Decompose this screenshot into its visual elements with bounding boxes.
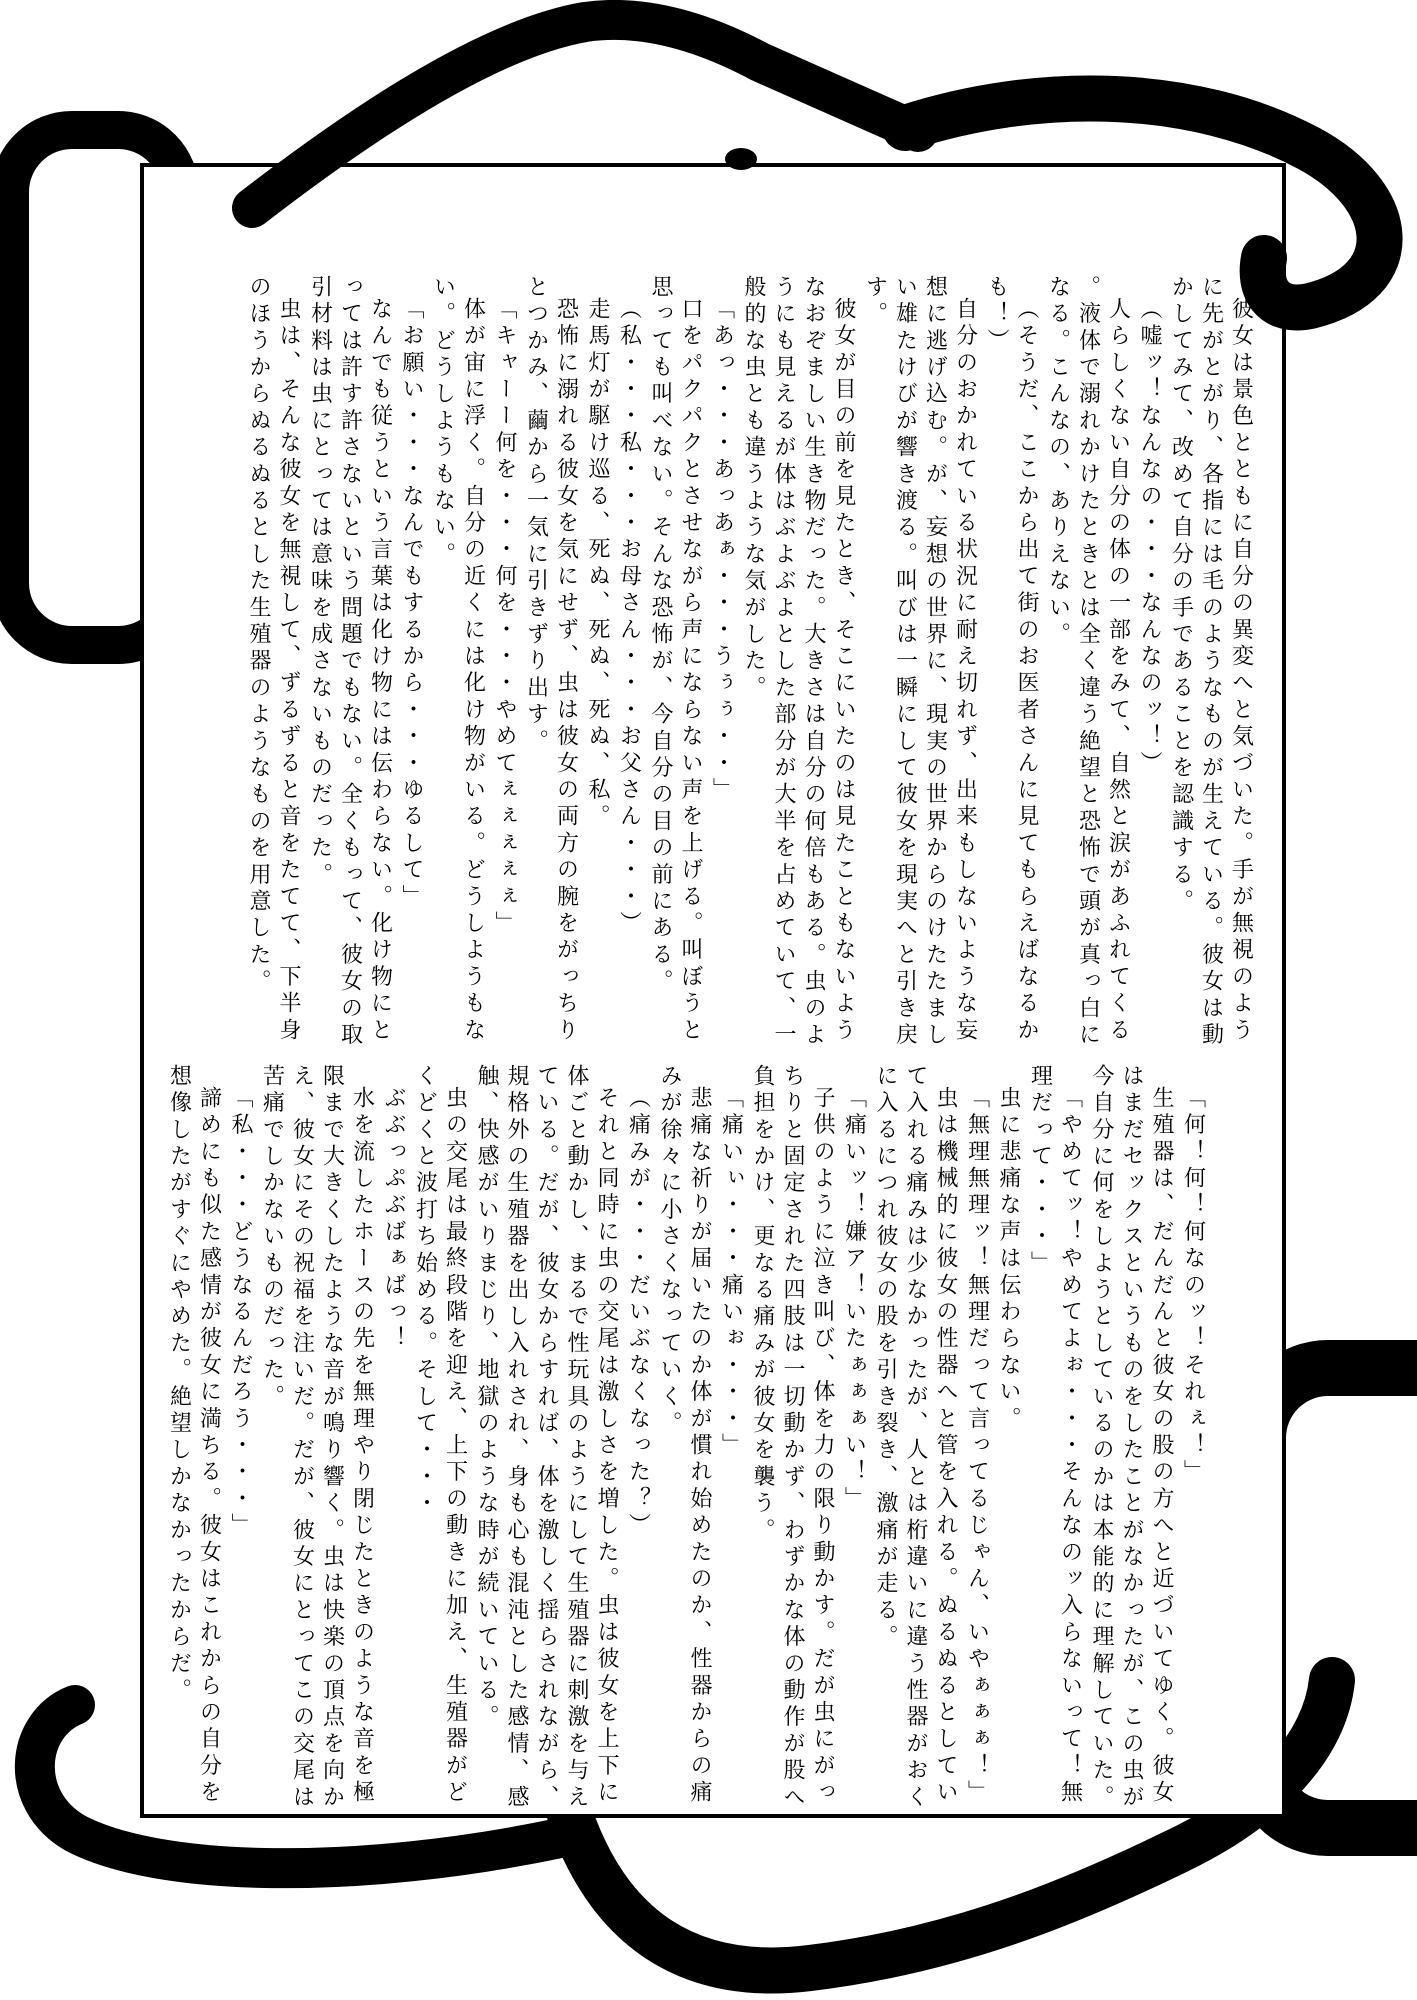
story-paragraph: 「痛いぃ・・・痛いぉ・・・」 xyxy=(717,1064,747,1814)
story-paragraph: 「無理無理ッ！無理だって言ってるじゃん、いやぁぁぁ！」 xyxy=(963,1064,993,1814)
story-paragraph: （そうだ、ここから出て街のお医者さんに見てもらえばなるかも！） xyxy=(982,275,1042,1053)
story-paragraph: 自分のおかれている状況に耐え切れず、出来もしないような妄想に逃げ込む。が、妄想の… xyxy=(861,275,981,1053)
story-paragraph: 虫は、そんな彼女を無視して、ずるずると音をたてて、下半身のほうからぬるぬるとした… xyxy=(244,275,304,1053)
story-paragraph: 虫は機械的に彼女の性器へと管を入れる。ぬるぬるとしていて入れる痛みは少なかったが… xyxy=(871,1064,961,1814)
story-paragraph: 「やめてッ！やめてよぉ・・・そんなのッ入らないって！無理だって・・・」 xyxy=(1026,1064,1086,1814)
story-paragraph: 虫に悲痛な声は伝わらない。 xyxy=(994,1064,1024,1814)
story-paragraph: それと同時に虫の交尾は激しさを増した。虫は彼女を上下に体ごと動かし、まるで性玩具… xyxy=(472,1064,622,1814)
story-paragraph: ぶぶっぷぶばぁばっ！ xyxy=(379,1064,409,1814)
story-paper: 彼女は景色とともに自分の異変へと気づいた。手が無視のように先がとがり、各指には毛… xyxy=(140,163,1286,1818)
story-paragraph: 「私・・・どうなるんだろう・・・」 xyxy=(226,1064,256,1814)
story-paragraph: （嘘ッ！なんなの・・・なんなのッ！） xyxy=(1135,275,1165,1053)
story-text-lower: 「何！何！何なのッ！それぇ！」生殖器は、だんだんと彼女の股の方へと近づいてゆく。… xyxy=(150,1064,1210,1814)
story-paragraph: 体が宙に浮く。自分の近くには化け物がいる。どうしようもない。どうしようもない。 xyxy=(429,275,489,1053)
story-paragraph: 恐怖に溺れる彼女を気にせず、虫は彼女の両方の腕をがっちりとつかみ、繭から一気に引… xyxy=(522,275,582,1053)
story-paragraph: 「キャーー何を・・・何を・・・やめてぇぇぇぇぇ」 xyxy=(490,275,520,1053)
story-paragraph: 水を流したホースの先を無理やり閉じたときのような音を極限まで大きくしたような音が… xyxy=(258,1064,378,1814)
story-paragraph: 諦めにも似た感情が彼女に満ちる。彼女はこれからの自分を想像したがすぐにやめた。絶… xyxy=(165,1064,225,1814)
story-text-upper: 彼女は景色とともに自分の異変へと気づいた。手が無視のように先がとがり、各指には毛… xyxy=(166,275,1258,1053)
story-paragraph: 子供のように泣き叫び、体を力の限り動かす。だが虫にがっちりと固定された四肢は一切… xyxy=(748,1064,838,1814)
story-paragraph: （痛みが・・・だいぶなくなった？） xyxy=(624,1064,654,1814)
story-paragraph: 「何！何！何なのッ！それぇ！」 xyxy=(1179,1064,1209,1814)
story-paragraph: 「痛いッ！嫌ア！いたぁぁぁい！」 xyxy=(840,1064,870,1814)
story-paragraph: 「お願い・・・なんでもするから・・・ゆるして」 xyxy=(397,275,427,1053)
story-paragraph: 生殖器は、だんだんと彼女の股の方へと近づいてゆく。彼女はまだセックスというものを… xyxy=(1087,1064,1177,1814)
story-paragraph: 彼女は景色とともに自分の異変へと気づいた。手が無視のように先がとがり、各指には毛… xyxy=(1167,275,1257,1053)
story-paragraph: 口をパクパクとさせながら声にならない声を上げる。叫ぼうと思っても叫べない。そんな… xyxy=(646,275,706,1053)
story-paragraph: 「あっ・・・あっあぁ・・・うぅぅ・・」 xyxy=(708,275,738,1053)
story-paragraph: 人らしくない自分の体の一部をみて、自然と涙があふれてくる。液体で溺れかけたときと… xyxy=(1044,275,1134,1053)
story-paragraph: 走馬灯が駆け巡る、死ぬ、死ぬ、死ぬ、私。 xyxy=(583,275,613,1053)
story-paragraph: 虫の交尾は最終段階を迎え、上下の動きに加え、生殖器がどくどくと波打ち始める。そし… xyxy=(411,1064,471,1814)
story-paragraph: 彼女が目の前を見たとき、そこにいたのは見たこともないようなおぞましい生き物だった… xyxy=(739,275,859,1053)
manga-page: 彼女は景色とともに自分の異変へと気づいた。手が無視のように先がとがり、各指には毛… xyxy=(0,0,1417,2000)
story-paragraph: （私・・・私・・・お母さん・・・お父さん・・・） xyxy=(615,275,645,1053)
story-paragraph: 悲痛な祈りが届いたのか体が慣れ始めたのか、性器からの痛みが徐々に小さくなっていく… xyxy=(655,1064,715,1814)
story-paragraph: なんでも従うという言葉は化け物には伝わらない。化け物にとっては許す許さないという… xyxy=(306,275,396,1053)
